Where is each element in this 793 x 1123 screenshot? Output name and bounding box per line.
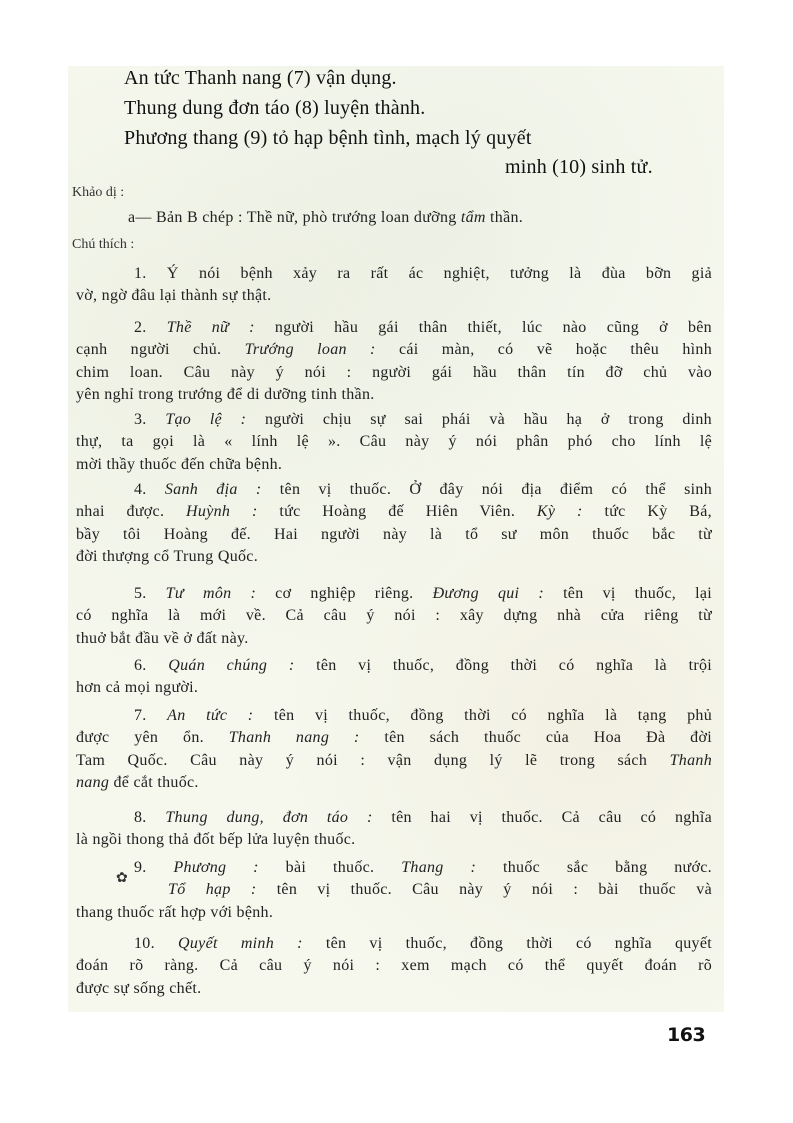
chu-thich-heading: Chú thích : xyxy=(72,238,134,252)
footnote-text: thự, ta gọi là « lính lệ ». Câu này ý nó… xyxy=(76,433,712,450)
footnote-text: người chịu sự sai phái và hầu hạ ở trong… xyxy=(246,411,712,428)
footnote-line: hơn cả mọi người. xyxy=(76,680,198,696)
footnote-line: 9. Phương : bài thuốc. Thang : thuốc sắc… xyxy=(134,860,712,876)
footnote-text: chim loan. Câu này ý nói : người gái hầu… xyxy=(76,364,712,381)
footnote-term: Tư môn : xyxy=(166,585,256,602)
footnote-line: cạnh người chủ. Trướng loan : cái màn, c… xyxy=(76,342,712,358)
footnote-line: đoán rõ ràng. Cả câu ý nói : xem mạch có… xyxy=(76,958,712,974)
footnote-text: nhai được. xyxy=(76,503,186,520)
footnote-line: chim loan. Câu này ý nói : người gái hầu… xyxy=(76,365,712,381)
footnote-text: hơn cả mọi người. xyxy=(76,679,198,696)
footnote-text: bài thuốc. xyxy=(259,859,401,876)
footnote-text: 3. xyxy=(134,411,165,428)
footnote-term: Thề nữ : xyxy=(167,319,255,336)
footnote-line: 8. Thung dung, đơn táo : tên hai vị thuố… xyxy=(134,810,712,826)
variant-note-a-suffix: thần. xyxy=(486,209,523,226)
footnote-term: An tức : xyxy=(167,707,253,724)
footnote-line: bầy tôi Hoàng đế. Hai người này là tổ sư… xyxy=(76,527,712,543)
footnote-text: 2. xyxy=(134,319,167,336)
footnote-text: mời thầy thuốc đến chữa bệnh. xyxy=(76,456,282,473)
footnote-term: Kỳ : xyxy=(537,503,583,520)
footnote-text: tên sách thuốc của Hoa Đà đời xyxy=(360,729,712,746)
footnote-text: vờ, ngờ đâu lại thành sự thật. xyxy=(76,287,271,304)
footnote-line: thang thuốc rất hợp với bệnh. xyxy=(76,905,273,921)
footnote-text: thang thuốc rất hợp với bệnh. xyxy=(76,904,273,921)
footnote-text: đoán rõ ràng. Cả câu ý nói : xem mạch có… xyxy=(76,957,712,974)
ornament-icon: ✿ xyxy=(116,870,128,887)
footnote-text: có nghĩa là mới về. Cả câu ý nói : xây d… xyxy=(76,607,712,624)
footnote-text: tên vị thuốc, đồng thời có nghĩa quyết xyxy=(303,935,712,952)
footnote-term: Phương : xyxy=(173,859,258,876)
footnote-text: là ngồi thong thả đốt bếp lửa luyện thuố… xyxy=(76,831,355,848)
footnote-text: đời thượng cổ Trung Quốc. xyxy=(76,548,258,565)
page-number: 163 xyxy=(667,1024,705,1046)
footnote-line: 2. Thề nữ : người hầu gái thân thiết, lú… xyxy=(134,320,712,336)
footnote-text: 1. Ý nói bệnh xảy ra rất ác nghiệt, tưởn… xyxy=(134,265,712,282)
footnote-text: được sự sống chết. xyxy=(76,980,201,997)
footnote-line: vờ, ngờ đâu lại thành sự thật. xyxy=(76,288,271,304)
footnote-line: 5. Tư môn : cơ nghiệp riêng. Đương qui :… xyxy=(134,586,712,602)
footnote-text: người hầu gái thân thiết, lúc nào cũng ở… xyxy=(255,319,712,336)
footnote-text: thuở bắt đầu về ở đất này. xyxy=(76,630,249,647)
footnote-line: đời thượng cổ Trung Quốc. xyxy=(76,549,258,565)
footnote-term: Huỳnh : xyxy=(186,503,258,520)
verse-line: minh (10) sinh tử. xyxy=(505,157,653,177)
footnote-line: 6. Quán chúng : tên vị thuốc, đồng thời … xyxy=(134,658,712,674)
variant-note-a-italic: tẩm xyxy=(461,209,486,226)
footnote-text: tên vị thuốc, đồng thời có nghĩa là tạng… xyxy=(253,707,712,724)
footnote-text: cơ nghiệp riêng. xyxy=(256,585,432,602)
footnote-line: yên nghỉ trong trướng để di dưỡng tinh t… xyxy=(76,387,375,403)
footnote-text: cái màn, có vẽ hoặc thêu hình xyxy=(376,341,712,358)
variant-note-a-prefix: a— Bản B chép : Thề nữ, phò trướng loan … xyxy=(128,209,461,226)
footnote-text: tên vị thuốc. Ở đây nói địa điểm có thể … xyxy=(262,481,712,498)
footnote-text: để cắt thuốc. xyxy=(109,774,199,791)
footnote-text: 7. xyxy=(134,707,167,724)
footnote-line: là ngồi thong thả đốt bếp lửa luyện thuố… xyxy=(76,832,355,848)
footnote-term: Đương qui : xyxy=(433,585,544,602)
footnote-text: tức Hoàng đế Hiên Viên. xyxy=(258,503,537,520)
footnote-term: Quán chúng : xyxy=(168,657,294,674)
footnote-text: tên hai vị thuốc. Cả câu có nghĩa xyxy=(373,809,712,826)
footnote-text: 10. xyxy=(134,935,178,952)
footnote-text: 5. xyxy=(134,585,166,602)
footnote-line: 3. Tạo lệ : người chịu sự sai phái và hầ… xyxy=(134,412,712,428)
footnote-line: Tam Quốc. Câu này ý nói : vận dụng lý lẽ… xyxy=(76,753,712,769)
footnote-line: nang để cắt thuốc. xyxy=(76,775,199,791)
footnote-text: thuốc sắc bằng nước. xyxy=(476,859,712,876)
footnote-text: 9. xyxy=(134,859,173,876)
verse-line: Phương thang (9) tỏ hạp bệnh tình, mạch … xyxy=(124,128,532,148)
footnote-line: thự, ta gọi là « lính lệ ». Câu này ý nó… xyxy=(76,434,712,450)
khao-di-heading: Khảo dị : xyxy=(72,186,124,200)
footnote-line: thuở bắt đầu về ở đất này. xyxy=(76,631,249,647)
footnote-text: cạnh người chủ. xyxy=(76,341,245,358)
footnote-text: 4. xyxy=(134,481,165,498)
footnote-text: tên vị thuốc, lại xyxy=(544,585,712,602)
footnote-term: Tạo lệ : xyxy=(165,411,246,428)
footnote-line: nhai được. Huỳnh : tức Hoàng đế Hiên Viê… xyxy=(76,504,712,520)
footnote-term: Thang : xyxy=(401,859,476,876)
footnote-line: 10. Quyết minh : tên vị thuốc, đồng thời… xyxy=(134,936,712,952)
footnote-line: 1. Ý nói bệnh xảy ra rất ác nghiệt, tưởn… xyxy=(134,266,712,282)
footnote-text: 6. xyxy=(134,657,168,674)
footnote-text: tức Kỳ Bá, xyxy=(583,503,712,520)
verse-line: Thung dung đơn táo (8) luyện thành. xyxy=(124,98,425,118)
footnote-text: 8. xyxy=(134,809,165,826)
footnote-term: nang xyxy=(76,774,109,791)
footnote-term: Quyết minh : xyxy=(178,935,303,952)
footnote-line: 7. An tức : tên vị thuốc, đồng thời có n… xyxy=(134,708,712,724)
footnote-text: tên vị thuốc, đồng thời có nghĩa là trội xyxy=(294,657,712,674)
footnote-term: Tổ hạp : xyxy=(168,881,256,898)
footnote-line: được sự sống chết. xyxy=(76,981,201,997)
footnote-term: Thanh xyxy=(670,752,712,769)
footnote-text: Tam Quốc. Câu này ý nói : vận dụng lý lẽ… xyxy=(76,752,670,769)
footnote-text: tên vị thuốc. Câu này ý nói : bài thuốc … xyxy=(256,881,712,898)
footnote-text: bầy tôi Hoàng đế. Hai người này là tổ sư… xyxy=(76,526,712,543)
footnote-term: Thanh nang : xyxy=(229,729,360,746)
footnote-term: Thung dung, đơn táo : xyxy=(165,809,372,826)
footnote-term: Sanh địa : xyxy=(165,481,262,498)
footnote-line: mời thầy thuốc đến chữa bệnh. xyxy=(76,457,282,473)
footnote-line: được yên ổn. Thanh nang : tên sách thuốc… xyxy=(76,730,712,746)
footnote-line: Tổ hạp : tên vị thuốc. Câu này ý nói : b… xyxy=(168,882,712,898)
footnote-line: 4. Sanh địa : tên vị thuốc. Ở đây nói đị… xyxy=(134,482,712,498)
footnote-text: yên nghỉ trong trướng để di dưỡng tinh t… xyxy=(76,386,375,403)
verse-line: An tức Thanh nang (7) vận dụng. xyxy=(124,68,397,88)
footnote-line: có nghĩa là mới về. Cả câu ý nói : xây d… xyxy=(76,608,712,624)
footnote-text: được yên ổn. xyxy=(76,729,229,746)
variant-note-a: a— Bản B chép : Thề nữ, phò trướng loan … xyxy=(128,210,523,226)
footnote-term: Trướng loan : xyxy=(245,341,376,358)
